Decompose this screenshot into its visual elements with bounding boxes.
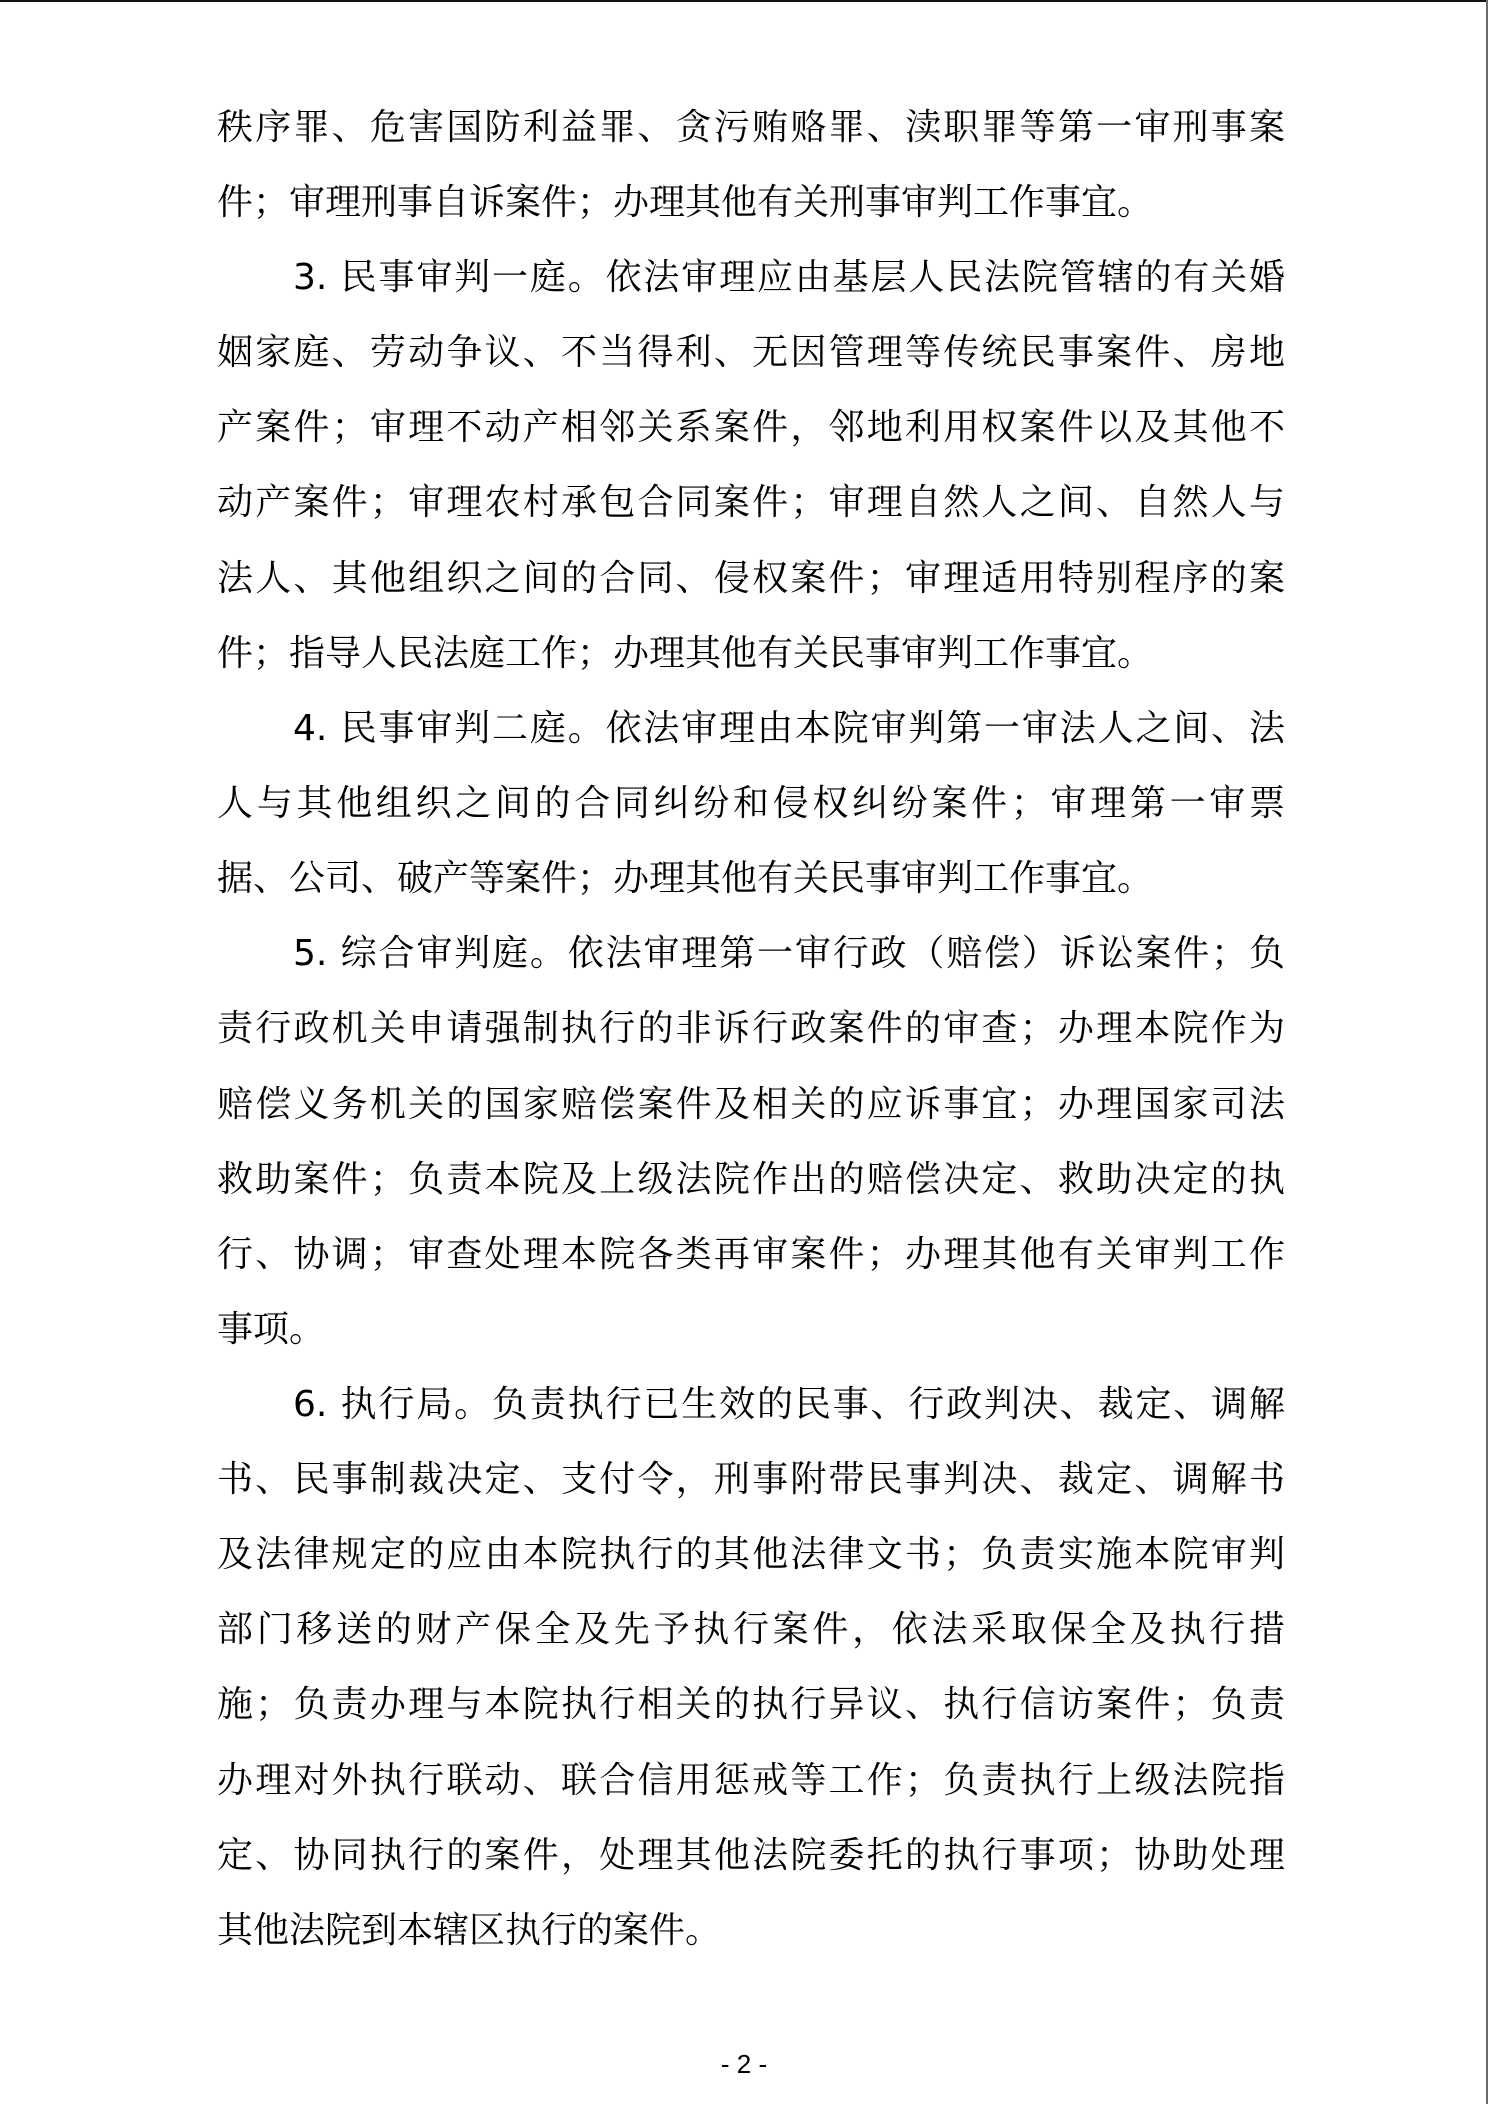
page-border-top — [0, 0, 1488, 2]
text-line: 部门移送的财产保全及先予执行案件，依法采取保全及执行措 — [217, 1592, 1285, 1667]
text-line: 赔偿义务机关的国家赔偿案件及相关的应诉事宜；办理国家司法 — [217, 1067, 1285, 1142]
text-line: 姻家庭、劳动争议、不当得利、无因管理等传统民事案件、房地 — [217, 315, 1285, 390]
text-line: 据、公司、破产等案件；办理其他有关民事审判工作事宜。 — [217, 841, 1153, 916]
text-line: 救助案件；负责本院及上级法院作出的赔偿决定、救助决定的执 — [217, 1142, 1285, 1217]
text-line: 办理对外执行联动、联合信用惩戒等工作；负责执行上级法院指 — [217, 1743, 1285, 1818]
text-line: 事项。 — [217, 1292, 325, 1367]
text-line: 及法律规定的应由本院执行的其他法律文书；负责实施本院审判 — [217, 1517, 1285, 1592]
text-line: 法人、其他组织之间的合同、侵权案件；审理适用特别程序的案 — [217, 541, 1285, 616]
text-line: 产案件；审理不动产相邻关系案件，邻地利用权案件以及其他不 — [217, 390, 1285, 465]
text-line: 责行政机关申请强制执行的非诉行政案件的审查；办理本院作为 — [217, 991, 1285, 1066]
text-line: 秩序罪、危害国防利益罪、贪污贿赂罪、渎职罪等第一审刑事案 — [217, 90, 1285, 165]
text-line: 施；负责办理与本院执行相关的执行异议、执行信访案件；负责 — [217, 1667, 1285, 1742]
paragraph-heading-line: 6. 执行局。负责执行已生效的民事、行政判决、裁定、调解 — [293, 1367, 1285, 1442]
text-line: 定、协同执行的案件，处理其他法院委托的执行事项；协助处理 — [217, 1818, 1285, 1893]
text-line: 人与其他组织之间的合同纠纷和侵权纠纷案件；审理第一审票 — [217, 766, 1285, 841]
paragraph-heading-line: 3. 民事审判一庭。依法审理应由基层人民法院管辖的有关婚 — [293, 240, 1285, 315]
text-line: 书、民事制裁决定、支付令，刑事附带民事判决、裁定、调解书 — [217, 1442, 1285, 1517]
paragraph-heading-line: 4. 民事审判二庭。依法审理由本院审判第一审法人之间、法 — [293, 691, 1285, 766]
paragraph-heading-line: 5. 综合审判庭。依法审理第一审行政（赔偿）诉讼案件；负 — [293, 916, 1285, 991]
text-line: 动产案件；审理农村承包合同案件；审理自然人之间、自然人与 — [217, 465, 1285, 540]
text-line: 件；审理刑事自诉案件；办理其他有关刑事审判工作事宜。 — [217, 165, 1153, 240]
text-line: 件；指导人民法庭工作；办理其他有关民事审判工作事宜。 — [217, 616, 1153, 691]
page-number: - 2 - — [0, 2046, 1488, 2082]
text-line: 行、协调；审查处理本院各类再审案件；办理其他有关审判工作 — [217, 1217, 1285, 1292]
text-line: 其他法院到本辖区执行的案件。 — [217, 1893, 721, 1968]
